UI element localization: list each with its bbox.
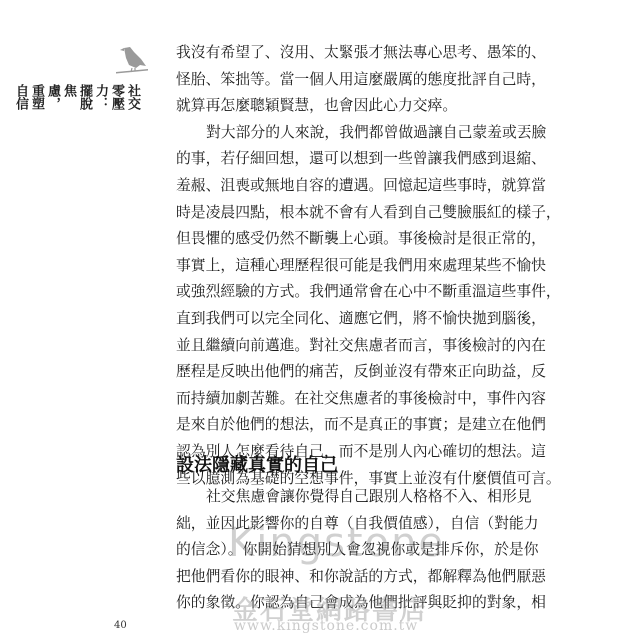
- book-title-vertical: 社交零壓力：擺脫焦慮，重塑自信: [124, 84, 140, 110]
- text-line: 是來自於他們的想法，而不是真正的事實；是建立在他們: [176, 412, 492, 439]
- body-paragraphs: 我沒有希望了、沒用、太緊張才無法專心思考、愚笨的、 怪胎、笨拙等。當一個人用這麼…: [176, 40, 492, 492]
- text-line: 歷程是反映出他們的痛苦，反倒並沒有帶來正向助益，反: [176, 359, 492, 386]
- page-number: 40: [114, 620, 127, 631]
- text-line: 怪胎、笨拙等。當一個人用這麼嚴厲的態度批評自己時，: [176, 67, 492, 94]
- text-line: 時是凌晨四點，根本就不會有人看到自己雙臉脹紅的樣子，: [176, 200, 492, 227]
- section-heading: 設法隱藏真實的自己: [176, 451, 338, 477]
- text-line: 或強烈經驗的方式。我們通常會在心中不斷重溫這些事件，: [176, 279, 492, 306]
- text-line: 事實上，這種心理歷程很可能是我們用來處理某些不愉快: [176, 253, 492, 280]
- text-line: 我沒有希望了、沒用、太緊張才無法專心思考、愚笨的、: [176, 40, 492, 67]
- text-line: 社交焦慮會讓你覺得自己跟別人格格不入、相形見: [176, 484, 492, 511]
- text-line: 對大部分的人來說，我們都曾做過讓自己蒙羞或丟臉: [176, 120, 492, 147]
- text-line: 羞赧、沮喪或無地自容的遭遇。回憶起這些事時，就算當: [176, 173, 492, 200]
- text-line: 把他們看你的眼神、和你說話的方式，都解釋為他們厭惡: [176, 564, 492, 591]
- bird-icon: [114, 44, 150, 78]
- text-line: 但畏懼的感受仍然不斷襲上心頭。事後檢討是很正常的，: [176, 226, 492, 253]
- text-line: 就算再怎麼聰穎賢慧，也會因此心力交瘁。: [176, 93, 492, 120]
- text-line: 的信念）。你開始猜想別人會忽視你或是排斥你，於是你: [176, 537, 492, 564]
- text-line: 而持續加劇苦難。在社交焦慮者的事後檢討中，事件內容: [176, 386, 492, 413]
- text-line: 直到我們可以完全同化、適應它們，將不愉快拋到腦後，: [176, 306, 492, 333]
- text-line: 絀，並因此影響你的自尊（自我價值感），自信（對能力: [176, 511, 492, 538]
- watermark-url: www.kingstone.com.tw: [234, 618, 418, 634]
- text-line: 的事，若仔細回想，還可以想到一些曾讓我們感到退縮、: [176, 146, 492, 173]
- text-line: 並且繼續向前邁進。對社交焦慮者而言，事後檢討的內在: [176, 333, 492, 360]
